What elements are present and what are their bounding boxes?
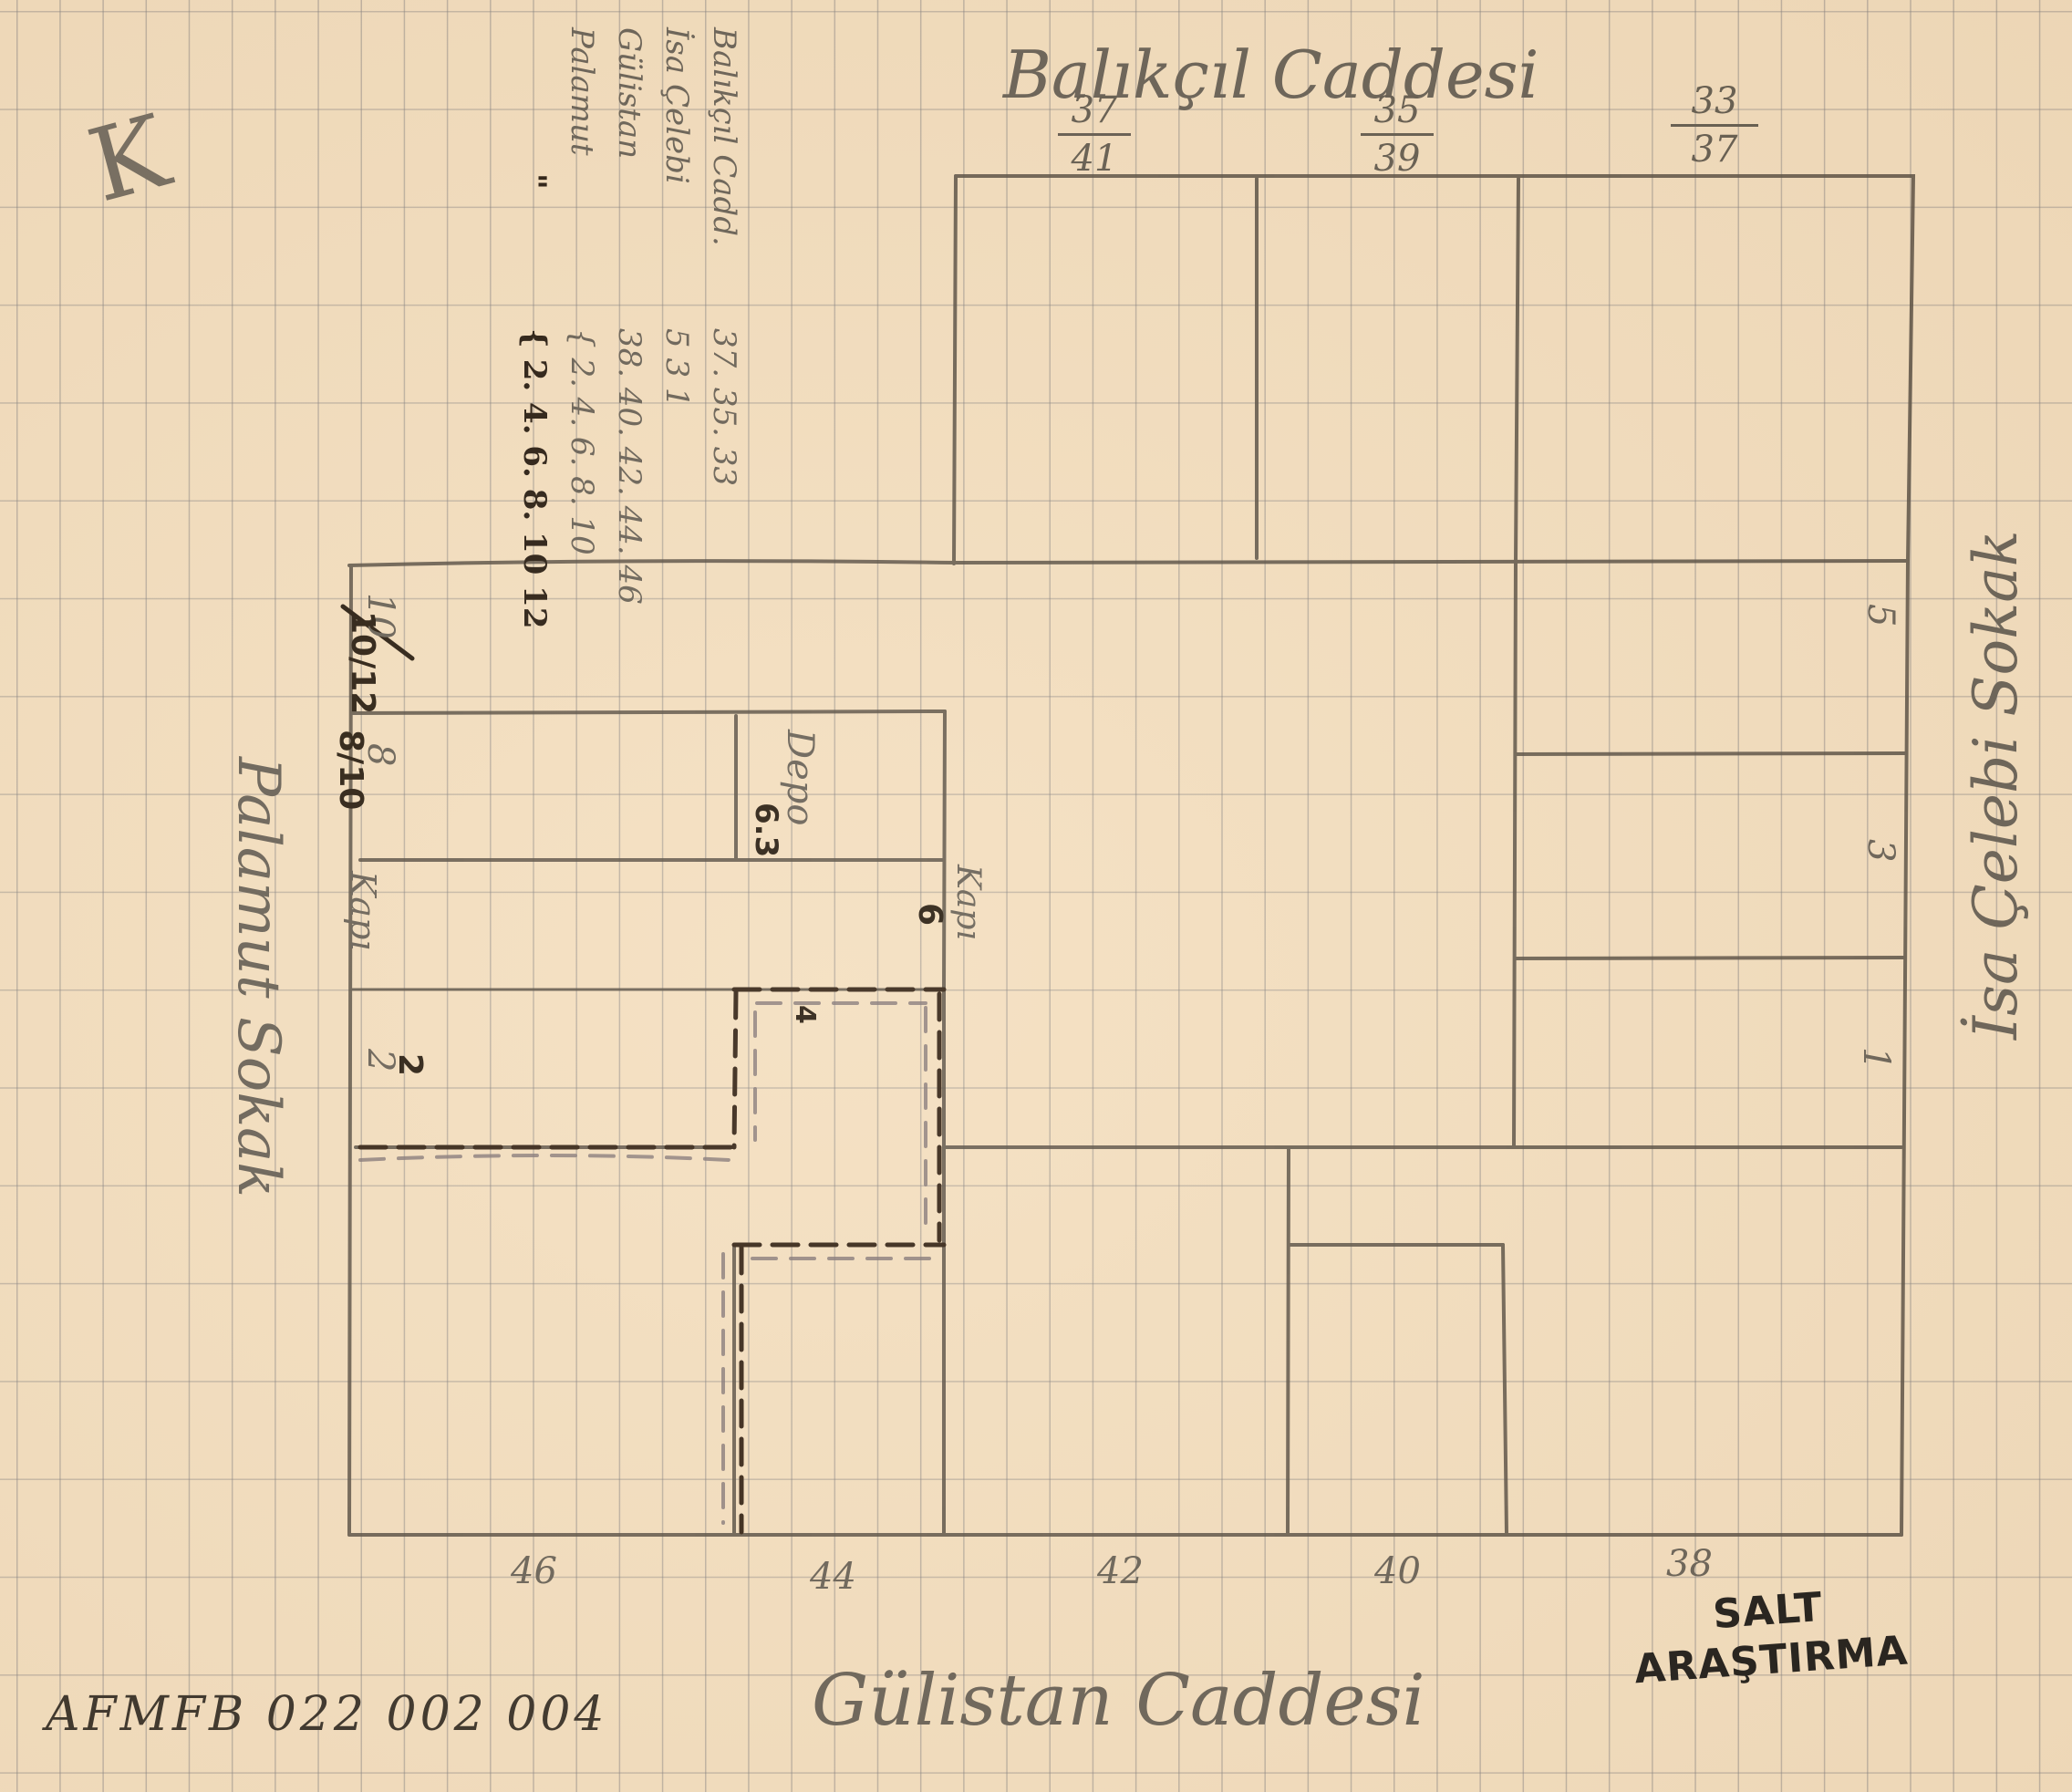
note-label: " [511,27,558,328]
street-label-bottom: Gülistan Caddesi [812,1660,1425,1742]
catalog-id: AFMFB 022 002 004 [46,1687,608,1742]
top-parcel-number: 3337 [1671,80,1758,171]
note-values: 5 3 1 [658,328,695,408]
left-parcel-ink-number: 8/10 [332,730,369,810]
parcel-numerator: 35 [1374,89,1421,131]
note-label: Gülistan [606,27,653,328]
note-values: 37. 35. 33 [706,328,742,486]
right-parcel-number: 5 [1860,604,1901,627]
bottom-parcel-number: 38 [1666,1543,1713,1585]
note-row: Balıkçıl Cadd.37. 35. 33 [700,27,748,629]
left-parcel-ink-number: 10/12 [344,611,381,714]
note-label: Palamut [558,27,606,328]
right-parcel-number: 1 [1855,1047,1897,1070]
top-parcel-number: 3539 [1361,89,1434,180]
left-parcel-ink-number: 2 [391,1053,429,1076]
door-number: 6 [911,903,948,926]
depo-label: Depo [779,730,821,825]
left-door-label: Kapı [343,871,383,951]
parcel-denominator: 41 [1072,138,1118,180]
parcel-denominator: 39 [1374,138,1421,180]
note-values: { 2. 4. 6. 8. 10 12 [516,328,553,629]
graph-paper-sheet: K Balıkçıl Cadd.37. 35. 33 İsa Çelebi5 3… [0,0,2072,1792]
address-notes: Balıkçıl Cadd.37. 35. 33 İsa Çelebi5 3 1… [511,27,748,629]
dashed-area-number: 4 [789,1005,821,1024]
note-label: Balıkçıl Cadd. [700,27,748,328]
door-label: Kapı [949,865,987,940]
street-label-right: İsa Çelebi Sokak [1961,530,2031,1040]
parcel-plan-drawing [0,0,2072,1792]
bottom-parcel-number: 46 [511,1550,557,1592]
parcel-numerator: 37 [1072,89,1118,131]
bottom-parcel-number: 42 [1097,1550,1144,1592]
note-row: İsa Çelebi5 3 1 [653,27,700,629]
note-label: İsa Çelebi [653,27,700,328]
note-values: 38. 40. 42. 44. 46 [611,328,647,605]
street-label-left: Palamut Sokak [224,757,292,1197]
depo-number: 6.3 [748,803,784,857]
parcel-numerator: 33 [1692,80,1738,122]
top-parcel-number: 3741 [1058,89,1131,180]
note-row: Gülistan38. 40. 42. 44. 46 [606,27,653,629]
top-block-outline [956,176,1913,561]
note-row: "{ 2. 4. 6. 8. 10 12 [511,27,558,629]
bottom-parcel-number: 40 [1374,1550,1421,1592]
salt-arastirma-stamp: SALT ARAŞTIRMA [1630,1578,1911,1695]
note-values: { 2. 4. 6. 8. 10 [564,328,600,555]
bottom-parcel-number: 44 [810,1556,856,1598]
right-parcel-number: 3 [1860,839,1901,862]
parcel-denominator: 37 [1692,129,1738,171]
note-row: Palamut{ 2. 4. 6. 8. 10 [558,27,606,629]
